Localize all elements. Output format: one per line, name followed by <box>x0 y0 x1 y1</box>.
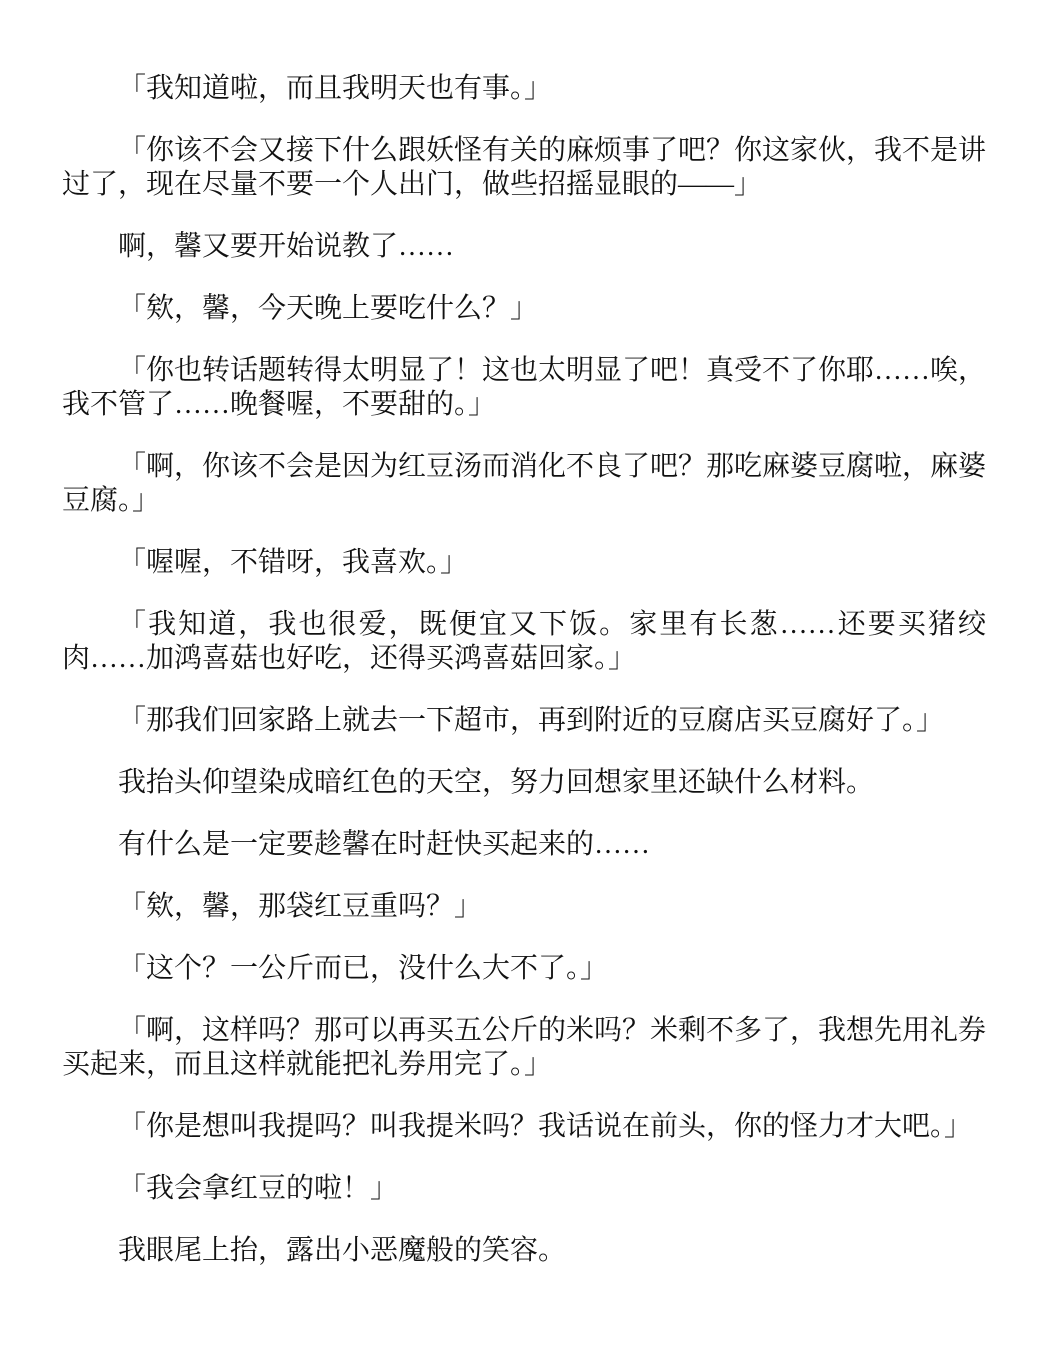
paragraph: 「这个？一公斤而已，没什么大不了。」 <box>62 952 986 986</box>
paragraph: 「喔喔，不错呀，我喜欢。」 <box>62 546 986 580</box>
paragraph: 「我会拿红豆的啦！」 <box>62 1172 986 1206</box>
paragraph: 我抬头仰望染成暗红色的天空，努力回想家里还缺什么材料。 <box>62 766 986 800</box>
paragraph: 「你也转话题转得太明显了！这也太明显了吧！真受不了你耶……唉，我不管了……晚餐喔… <box>62 354 986 422</box>
paragraph: 我眼尾上抬，露出小恶魔般的笑容。 <box>62 1234 986 1268</box>
paragraph: 「我知道，我也很爱，既便宜又下饭。家里有长葱……还要买猪绞肉……加鸿喜菇也好吃，… <box>62 608 986 676</box>
document-page: 「我知道啦，而且我明天也有事。」 「你该不会又接下什么跟妖怪有关的麻烦事了吧？你… <box>0 0 1046 1354</box>
paragraph: 「那我们回家路上就去一下超市，再到附近的豆腐店买豆腐好了。」 <box>62 704 986 738</box>
paragraph: 「欸，馨，那袋红豆重吗？」 <box>62 890 986 924</box>
paragraph: 「你是想叫我提吗？叫我提米吗？我话说在前头，你的怪力才大吧。」 <box>62 1110 986 1144</box>
paragraph: 「欸，馨，今天晚上要吃什么？」 <box>62 292 986 326</box>
paragraph: 「啊，这样吗？那可以再买五公斤的米吗？米剩不多了，我想先用礼券买起来，而且这样就… <box>62 1014 986 1082</box>
paragraph: 「啊，你该不会是因为红豆汤而消化不良了吧？那吃麻婆豆腐啦，麻婆豆腐。」 <box>62 450 986 518</box>
paragraph: 「你该不会又接下什么跟妖怪有关的麻烦事了吧？你这家伙，我不是讲过了，现在尽量不要… <box>62 134 986 202</box>
paragraph: 啊，馨又要开始说教了…… <box>62 230 986 264</box>
paragraph: 有什么是一定要趁馨在时赶快买起来的…… <box>62 828 986 862</box>
novel-text-body: 「我知道啦，而且我明天也有事。」 「你该不会又接下什么跟妖怪有关的麻烦事了吧？你… <box>62 72 986 1268</box>
paragraph: 「我知道啦，而且我明天也有事。」 <box>62 72 986 106</box>
